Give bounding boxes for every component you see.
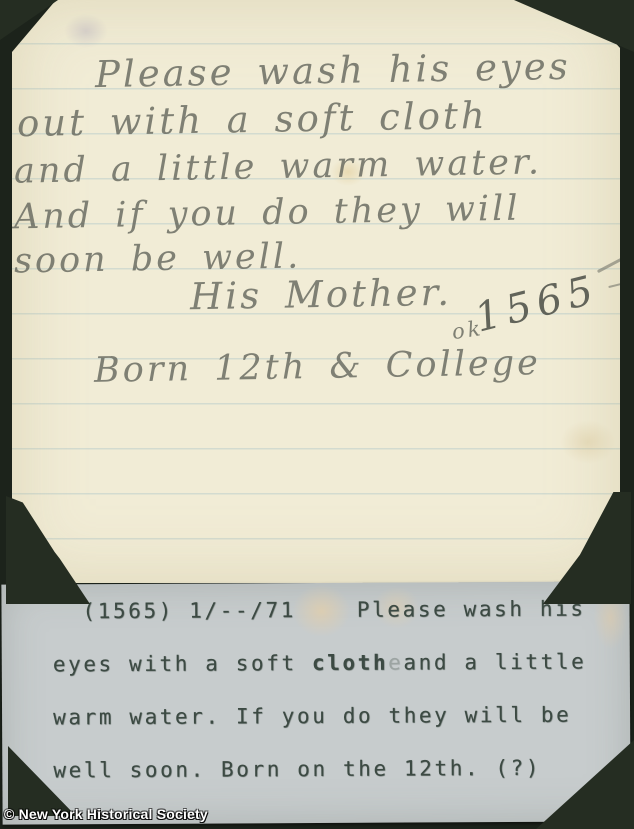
handwriting-footer-line: Born 12th & College [94, 346, 541, 389]
handwriting-signature: His Mother. [190, 274, 453, 316]
handwritten-note: Please wash his eyes out with a soft clo… [12, 0, 620, 583]
copyright-watermark: © New York Historical Society [4, 806, 208, 822]
typed-line-2-suffix: and a little [403, 650, 586, 675]
typed-line-2-bold-word: cloth [312, 651, 388, 675]
typed-transcription-slip: (1565) 1/--/71 Please wash his eyes with… [1, 581, 630, 824]
handwriting-line-1: Please wash his eyes [95, 48, 571, 93]
typed-line-4: well soon. Born on the 12th. (?) [53, 758, 541, 782]
ink-smudge [64, 14, 108, 48]
typed-line-2-faint-char: e [388, 651, 403, 675]
album-page: Please wash his eyes out with a soft clo… [0, 0, 634, 829]
paper-stain [560, 420, 616, 464]
handwriting-line-4: And if you do they will [14, 192, 521, 236]
archival-annotation-number: 1565 [471, 269, 603, 338]
typed-line-3: warm water. If you do they will be [53, 705, 571, 729]
pencil-stroke [608, 278, 634, 288]
pencil-stroke [597, 250, 634, 273]
handwriting-line-2: out with a soft cloth [17, 97, 488, 142]
typed-line-2: eyes with a soft clotheand a little [53, 652, 587, 676]
typed-line-1: (1565) 1/--/71 Please wash his [82, 599, 585, 623]
typed-line-2-prefix: eyes with a soft [53, 651, 312, 676]
handwriting-line-3: and a little warm water. [14, 145, 542, 189]
